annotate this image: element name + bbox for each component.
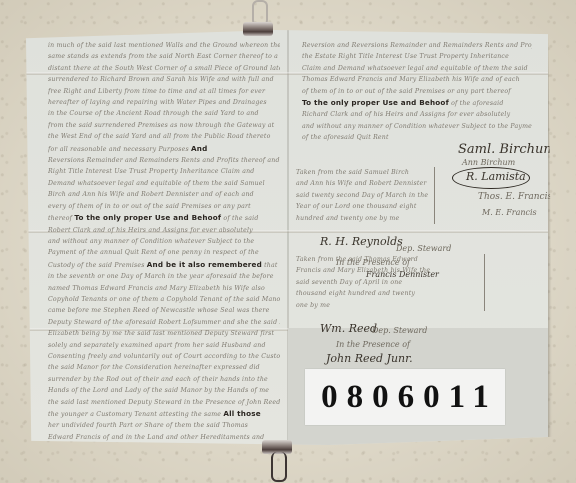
- text-line: Copyhold Tenants or one of them a Copyho…: [48, 294, 280, 305]
- text-line: Custody of the said Premises And be it a…: [48, 259, 280, 271]
- right-text-column: Reversion and Reversions Remainder and R…: [302, 40, 532, 144]
- text-line: Consenting freely and voluntarily out of…: [48, 351, 280, 362]
- text-line: free Right and Liberty from time to time…: [48, 86, 280, 97]
- memorandum-block: Taken from the said Thomas Edward Franci…: [296, 254, 485, 311]
- text-line: in the Course of the Ancient Road throug…: [48, 108, 280, 119]
- text-line: the said Manor for the Consideration her…: [48, 362, 280, 373]
- text-line: hereafter of laying and repairing with W…: [48, 97, 280, 108]
- text-line: Deputy Steward of the aforesaid Robert L…: [48, 317, 280, 328]
- steward-title: Dep. Steward: [396, 244, 451, 253]
- text-line: Taken from the said Samuel Birch: [296, 167, 428, 178]
- steward-signature: R. H. Reynolds: [320, 235, 403, 248]
- text-line: said seventh Day of April in one: [296, 277, 478, 288]
- text-line: Reversions Remainder and Remainders Rent…: [48, 155, 280, 166]
- binder-clip-icon: [243, 0, 273, 42]
- text-line: Demand whatsoever legal and equitable of…: [48, 178, 280, 189]
- binder-clip-icon: [262, 440, 292, 483]
- signature: R. Lamista: [466, 170, 526, 183]
- text-line: came before me Stephen Reed of Newcastle…: [48, 305, 280, 316]
- text-line: hundred and twenty one by me: [296, 213, 428, 224]
- catalog-number: 0806011: [312, 379, 498, 416]
- emphasized-phrase: And be it also remembered: [147, 260, 262, 269]
- text-line: and without any manner of Condition what…: [48, 236, 280, 247]
- catalog-label: 0806011: [305, 369, 505, 425]
- text-line: Year of our Lord one thousand eight: [296, 201, 428, 212]
- text-line: Thomas Edward Francis and Mary Elizabeth…: [302, 74, 532, 85]
- steward-title: Dep. Steward: [372, 326, 427, 335]
- text-line: Right Title Interest Use Trust Property …: [48, 166, 280, 177]
- clip-wire: [271, 452, 287, 482]
- text-line: the younger a Customary Tenant attesting…: [48, 408, 280, 420]
- text-line: named Thomas Edward Francis and Mary Eli…: [48, 283, 280, 294]
- text-line: and without any manner of Condition what…: [302, 121, 532, 132]
- text-line: Hands of the Lord and Lady of the said M…: [48, 385, 280, 396]
- text-line: said twenty second Day of March in the: [296, 190, 428, 201]
- signature: Saml. Birchum: [458, 142, 556, 157]
- clip-jaw: [243, 22, 273, 36]
- text-line: Claim and Demand whatsoever legal and eq…: [302, 63, 532, 74]
- emphasized-phrase: All those: [223, 409, 260, 418]
- text-line: her undivided fourth Part or Share of th…: [48, 420, 280, 431]
- text-line: Edward Francis of and in the Land and ot…: [48, 432, 280, 443]
- emphasized-phrase: To the only proper Use and Behoof: [74, 213, 221, 222]
- text-line: Robert Clark and of his Heirs and Assign…: [48, 225, 280, 236]
- text-line: Richard Clark and of his Heirs and Assig…: [302, 109, 532, 120]
- text-line: distant there at the South West Corner o…: [48, 63, 280, 74]
- text-line: Reversion and Reversions Remainder and R…: [302, 40, 532, 51]
- left-text-column: in much of the said last mentioned Walls…: [48, 40, 280, 455]
- text-line: Francis and Mary Elizabeth his Wife the: [296, 265, 478, 276]
- text-line: in the seventh or one Day of March in th…: [48, 271, 280, 282]
- text-line: solely and separately examined apart fro…: [48, 340, 280, 351]
- text-line: from the said surrendered Premises as no…: [48, 120, 280, 131]
- text-line: one by me: [296, 300, 478, 311]
- signature: Ann Birchum: [462, 158, 515, 167]
- text-line: thereof To the only proper Use and Behoo…: [48, 212, 280, 224]
- witness-signature: John Reed Junr.: [326, 352, 413, 365]
- emphasized-phrase: And: [191, 144, 207, 153]
- signature: Thos. E. Francis: [478, 192, 552, 202]
- text-line: the Estate Right Title Interest Use Trus…: [302, 51, 532, 62]
- emphasized-phrase: To the only proper Use and Behoof: [302, 98, 449, 107]
- presence-label: In the Presence of: [336, 340, 410, 349]
- text-line: surrendered to Richard Brown and Sarah h…: [48, 74, 280, 85]
- memorandum-block: Taken from the said Samuel Birch and Ann…: [296, 167, 435, 224]
- text-line: Payment of the annual Quit Rent of one p…: [48, 247, 280, 258]
- text-line: Elizabeth being by me the said last ment…: [48, 328, 280, 339]
- text-line: same stands as extends from the said Nor…: [48, 51, 280, 62]
- text-line: To the only proper Use and Behoof of the…: [302, 97, 532, 109]
- text-line: every of them of in to or out of the sai…: [48, 201, 280, 212]
- text-line: the said last mentioned Deputy Steward i…: [48, 397, 280, 408]
- text-line: Taken from the said Thomas Edward: [296, 254, 478, 265]
- text-line: thousand eight hundred and twenty: [296, 288, 478, 299]
- text-line: and Ann his Wife and Robert Dennister th…: [296, 178, 428, 189]
- signature: M. E. Francis: [482, 208, 537, 217]
- text-line: Birch and Ann his Wife and Robert Dennis…: [48, 189, 280, 200]
- text-line: of them of in to or out of the said Prem…: [302, 86, 532, 97]
- text-line: surrender by the Rod out of their and ea…: [48, 374, 280, 385]
- steward-signature: Wm. Reed: [320, 322, 377, 335]
- text-line: for all reasonable and necessary Purpose…: [48, 143, 280, 155]
- text-line: the West End of the said Yard and all fr…: [48, 131, 280, 142]
